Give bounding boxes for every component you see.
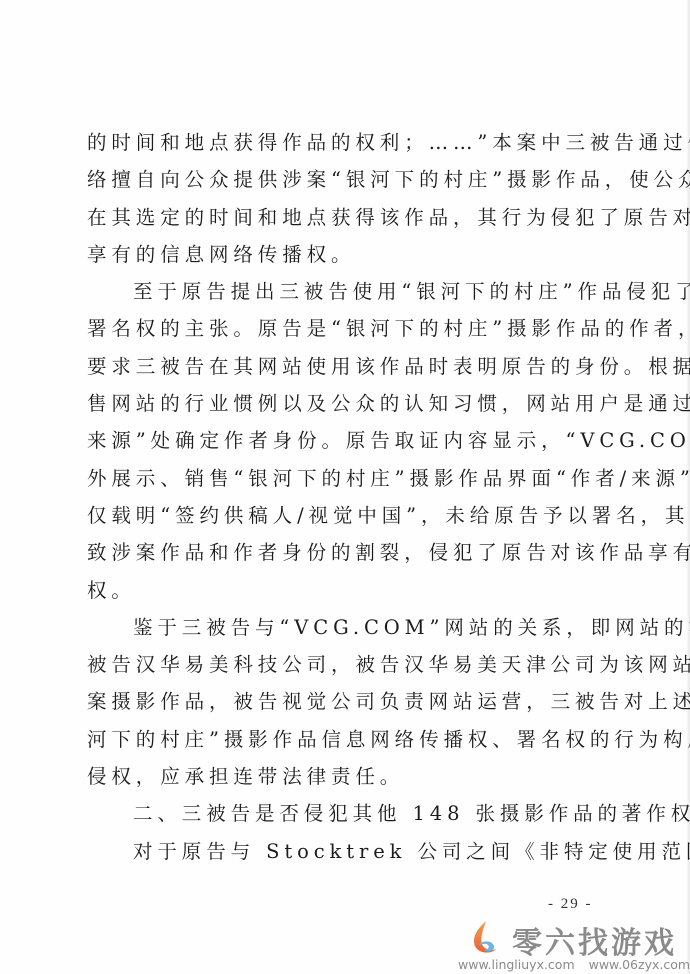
- text-line: 要求三被告在其网站使用该作品时表明原告的身份。根据图片销: [87, 348, 611, 385]
- page-number: - 29 -: [548, 896, 593, 913]
- text-line: 来源”处确定作者身份。原告取证内容显示，“VCG.COM”网站对: [87, 422, 611, 459]
- flame-logo-icon: [470, 920, 500, 956]
- text-line: 仅载明“签约供稿人/视觉中国”，未给原告予以署名，其行为导: [87, 497, 611, 534]
- text-line: 侵权，应承担连带法律责任。: [87, 758, 611, 795]
- text-line: 享有的信息网络传播权。: [87, 236, 611, 273]
- text-line: 河下的村庄”摄影作品信息网络传播权、署名权的行为构成共同: [87, 721, 611, 758]
- text-line: 络擅自向公众提供涉案“银河下的村庄”摄影作品，使公众可以: [87, 161, 611, 198]
- text-line: 被告汉华易美科技公司，被告汉华易美天津公司为该网站提供涉: [87, 646, 611, 683]
- text-line: 的时间和地点获得作品的权利；……”本案中三被告通过信息网: [87, 124, 611, 161]
- watermark-urls: www.lingliuyx.com www.06zyx.com: [458, 957, 690, 972]
- document-page: 的时间和地点获得作品的权利；……”本案中三被告通过信息网 络擅自向公众提供涉案“…: [0, 0, 690, 974]
- watermark-title: 零六找游戏: [512, 918, 677, 962]
- text-line: 致涉案作品和作者身份的割裂，侵犯了原告对该作品享有的署名: [87, 534, 611, 571]
- text-line: 权。: [87, 572, 611, 609]
- section-heading: 二、三被告是否侵犯其他 148 张摄影作品的著作权: [87, 795, 611, 832]
- text-line: 署名权的主张。原告是“银河下的村庄”摄影作品的作者，有权: [87, 310, 611, 347]
- text-line: 在其选定的时间和地点获得该作品，其行为侵犯了原告对该作品: [87, 199, 611, 236]
- text-line: 至于原告提出三被告使用“银河下的村庄”作品侵犯了原告: [87, 273, 611, 310]
- text-line: 售网站的行业惯例以及公众的认知习惯，网站用户是通过“作者: [87, 385, 611, 422]
- watermark: 零六找游戏 www.lingliuyx.com www.06zyx.com: [464, 916, 690, 974]
- text-line: 鉴于三被告与“VCG.COM”网站的关系，即网站的注册主体为: [87, 609, 611, 646]
- body-text: 的时间和地点获得作品的权利；……”本案中三被告通过信息网 络擅自向公众提供涉案“…: [87, 124, 611, 870]
- text-line: 对于原告与 Stocktrek 公司之间《非特定使用范围(Royalty-: [87, 833, 611, 870]
- text-line: 外展示、销售“银河下的村庄”摄影作品界面“作者/来源”处，: [87, 460, 611, 497]
- text-line: 案摄影作品，被告视觉公司负责网站运营，三被告对上述侵害“银: [87, 683, 611, 720]
